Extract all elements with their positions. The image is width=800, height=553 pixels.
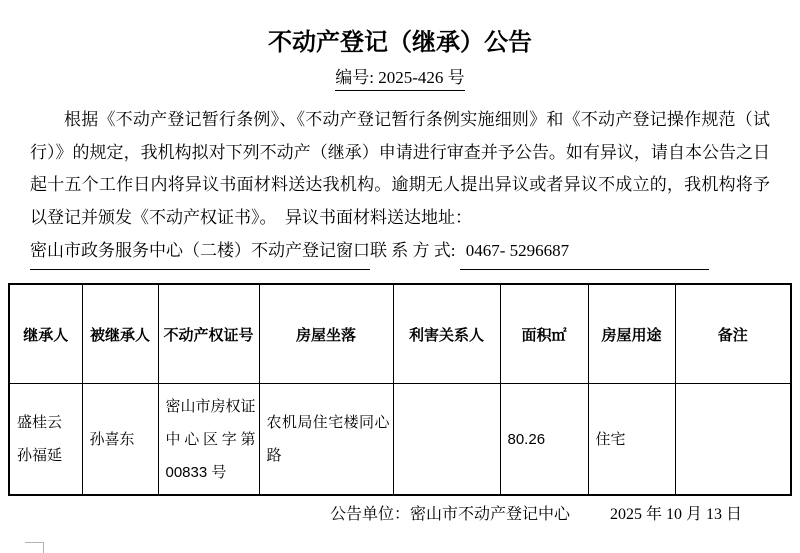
footer-issuer: 公告单位：密山市不动产登记中心 (330, 506, 570, 523)
delivery-address: 密山市政务服务中心（二楼）不动产登记窗口 (30, 234, 370, 270)
cell-certificate-no: 密山市房权证中心区字第00833 号 (158, 384, 259, 496)
contact-phone: 0467- 5296687 (460, 234, 709, 270)
cell-remarks (675, 384, 791, 496)
column-header-certificate-no: 不动产权证号 (158, 284, 259, 384)
notice-body-paragraph: 根据《不动产登记暂行条例》、《不动产登记暂行条例实施细则》和《不动产登记操作规范… (30, 104, 770, 234)
footer-date: 2025 年 10 月 13 日 (610, 506, 742, 523)
table-row: 盛桂云 孙福延 孙喜东 密山市房权证中心区字第00833 号 农机局住宅楼同心路… (9, 384, 791, 496)
column-header-interested-party: 利害关系人 (393, 284, 500, 384)
contact-label: 联 系 方 式: (370, 241, 455, 260)
cell-decedent: 孙喜东 (82, 384, 158, 496)
text-boundary-corner-mark (25, 542, 44, 553)
footer-line: 公告单位：密山市不动产登记中心2025 年 10 月 13 日 (0, 504, 800, 526)
doc-number-line: 编号: 2025-426 号 (0, 68, 800, 91)
column-header-area: 面积㎡ (500, 284, 588, 384)
cell-house-use: 住宅 (588, 384, 675, 496)
column-header-heir: 继承人 (9, 284, 82, 384)
doc-number: 编号: 2025-426 号 (335, 68, 464, 91)
cell-house-location: 农机局住宅楼同心路 (259, 384, 393, 496)
column-header-decedent: 被继承人 (82, 284, 158, 384)
notice-document: 不动产登记（继承）公告 编号: 2025-426 号 根据《不动产登记暂行条例》… (0, 0, 800, 553)
page-title: 不动产登记（继承）公告 (0, 0, 800, 58)
column-header-house-location: 房屋坐落 (259, 284, 393, 384)
cell-heir: 盛桂云 孙福延 (9, 384, 82, 496)
column-header-house-use: 房屋用途 (588, 284, 675, 384)
cell-area: 80.26 (500, 384, 588, 496)
cell-interested-party (393, 384, 500, 496)
table-header-row: 继承人 被继承人 不动产权证号 房屋坐落 利害关系人 面积㎡ 房屋用途 备注 (9, 284, 791, 384)
inheritance-notice-table: 继承人 被继承人 不动产权证号 房屋坐落 利害关系人 面积㎡ 房屋用途 备注 盛… (8, 283, 792, 496)
column-header-remarks: 备注 (675, 284, 791, 384)
delivery-address-line: 密山市政务服务中心（二楼）不动产登记窗口联 系 方 式: 0467- 52966… (30, 234, 770, 270)
